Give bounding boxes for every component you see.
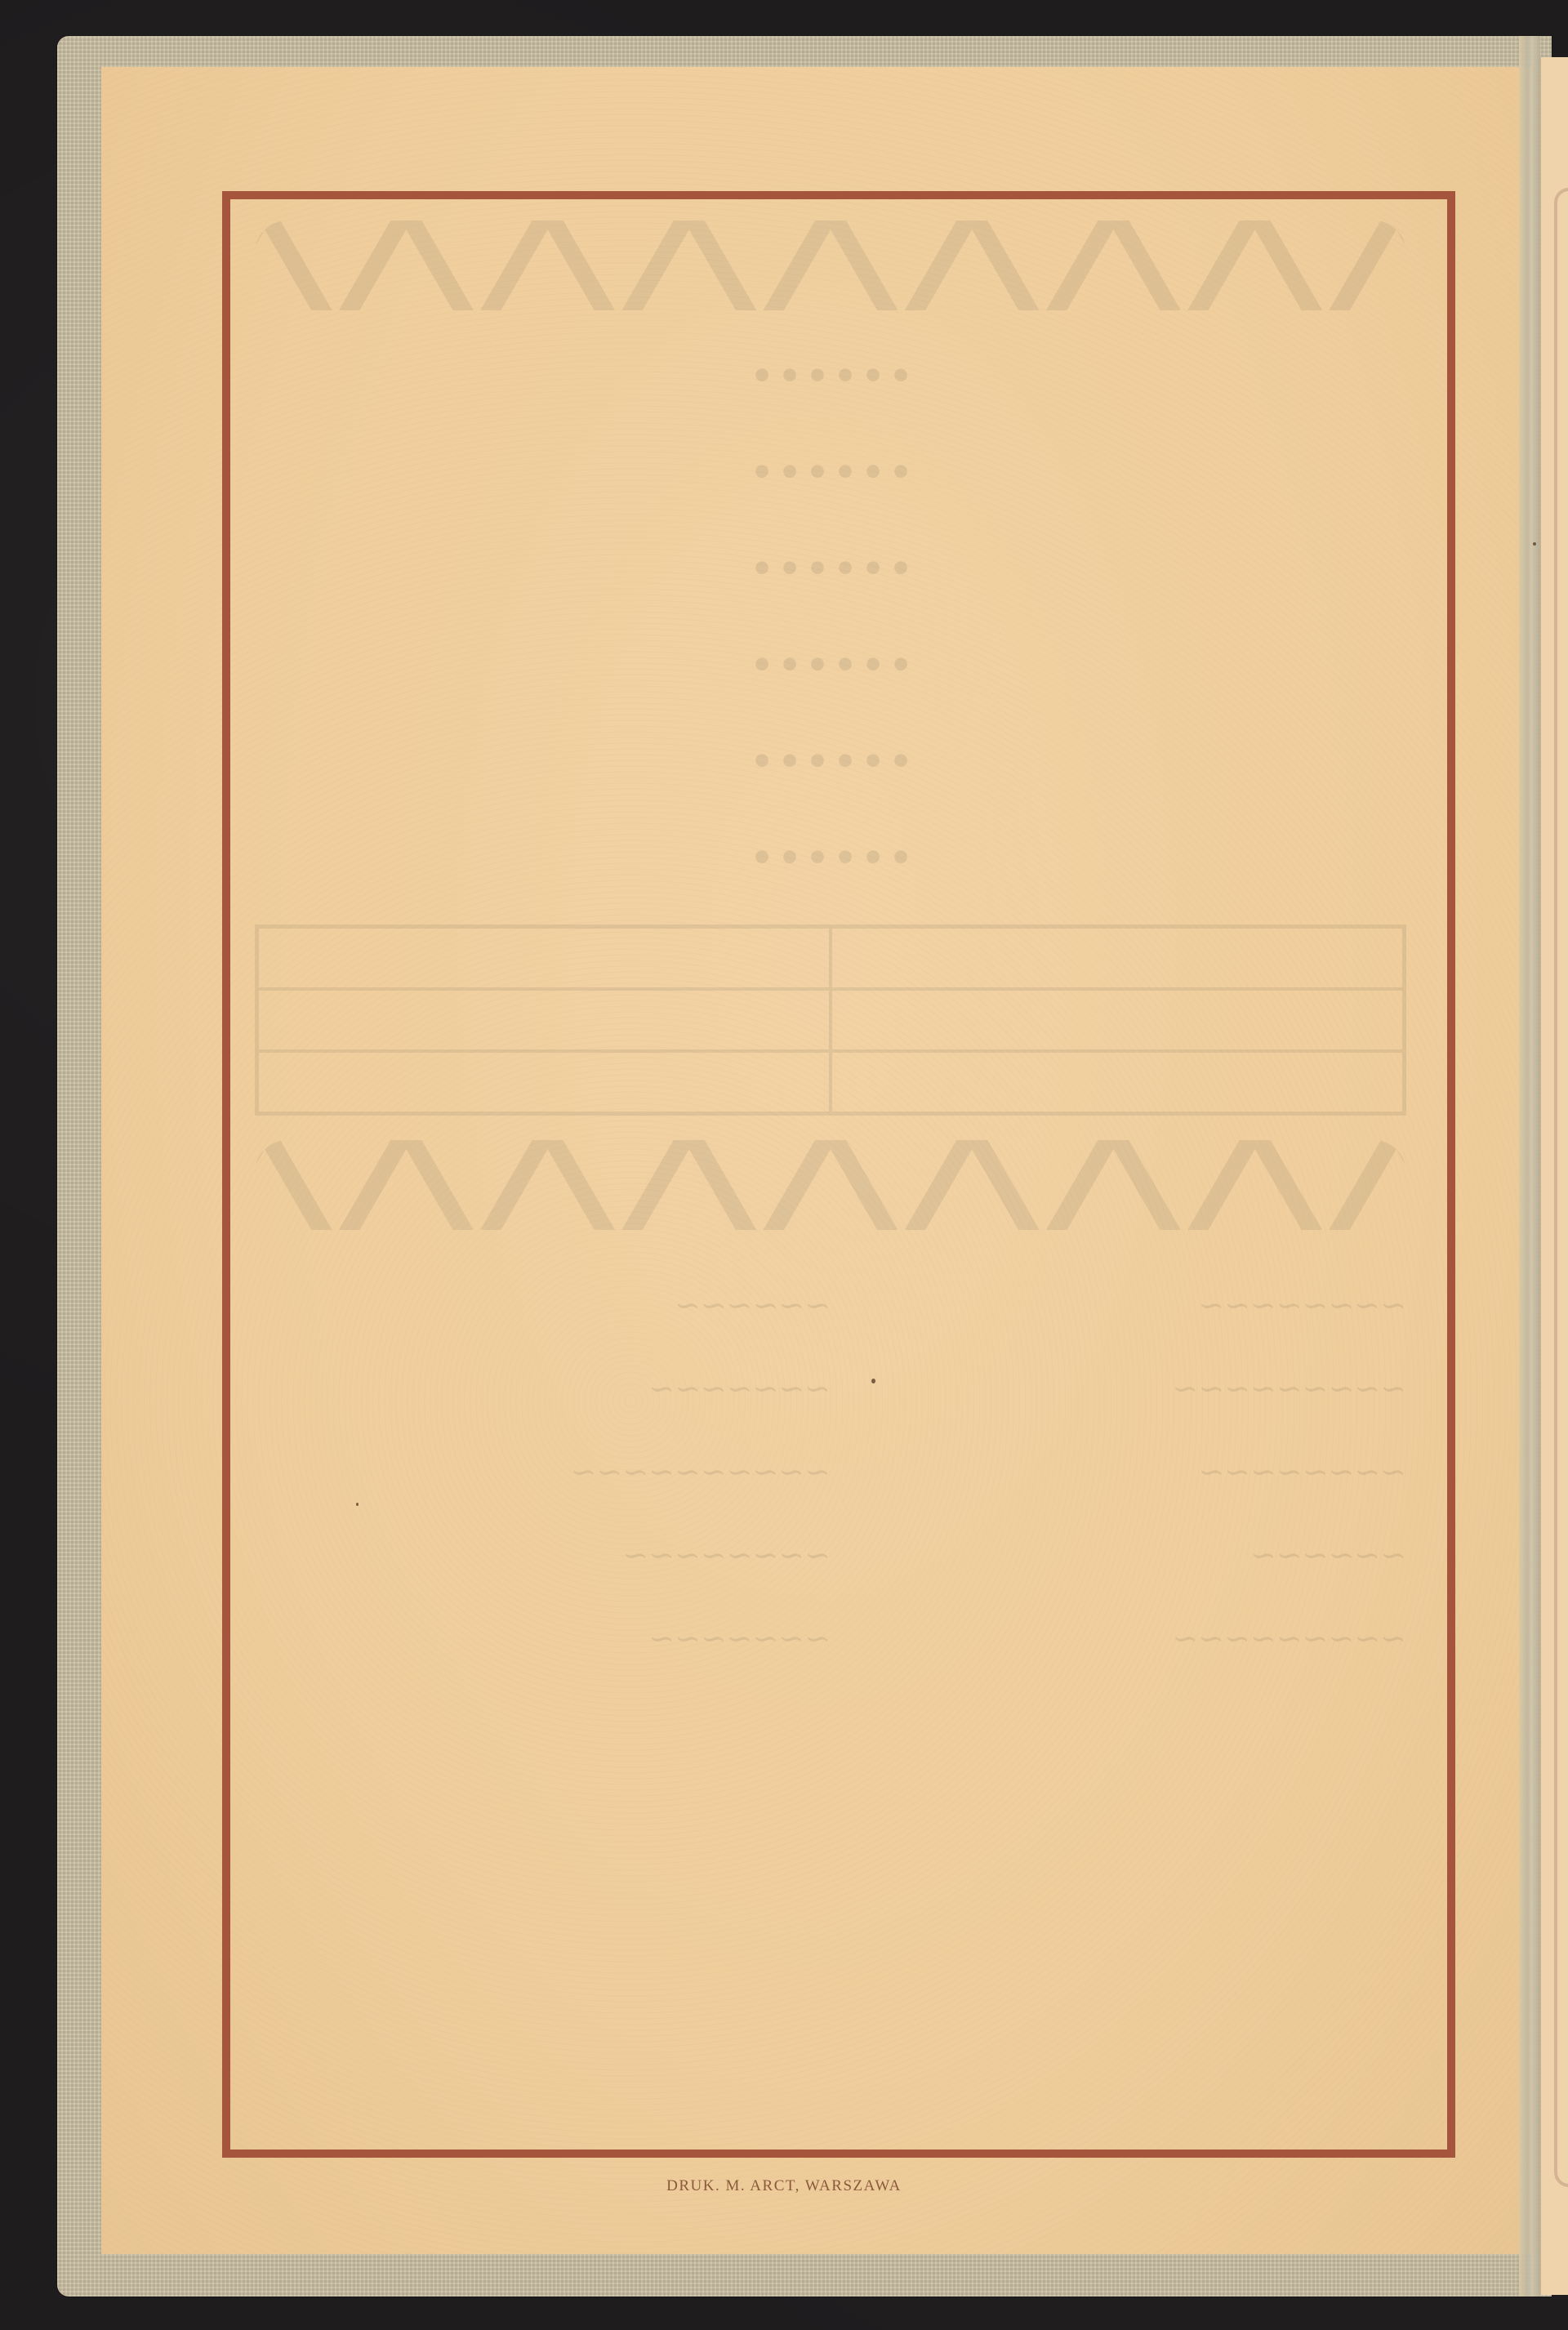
printer-imprint: DRUK. M. ARCT, WARSZAWA	[0, 2177, 1568, 2195]
decorative-red-frame	[222, 191, 1455, 2158]
paper-speck	[356, 1503, 359, 1506]
facing-page-frame	[1554, 188, 1568, 2187]
paper-speck	[1533, 542, 1536, 546]
paper-speck	[871, 1379, 875, 1383]
book-spine-gutter	[1519, 36, 1540, 2297]
